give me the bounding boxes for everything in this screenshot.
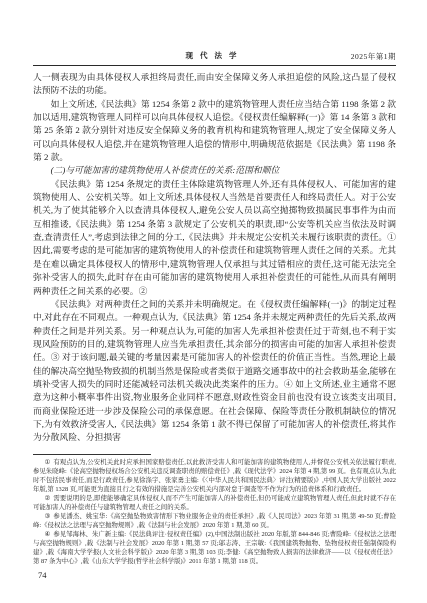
footnote-marker: ②	[45, 495, 51, 502]
footnote: ①有观点认为,公安机关此时应承担国家赔偿责任,以此救济受害人和可能加害的建筑物使…	[33, 458, 396, 494]
journal-page: 现代法学 2025年第1期 人一侧表现为由具体侵权人承担终局责任,而由安全保障义…	[0, 0, 427, 603]
footnote: ④参见邹海林、朱广新主编:《民法典评注·侵权责任编》(2),中国法制出版社 20…	[33, 530, 396, 566]
article-body: 人一侧表现为由具体侵权人承担终局责任,而由安全保障义务人承担追偿的风险,这凸显了…	[33, 71, 396, 445]
paragraph-continuation: 人一侧表现为由具体侵权人承担终局责任,而由安全保障义务人承担追偿的风险,这凸显了…	[33, 71, 396, 98]
paragraph: 如上文所述,《民法典》第 1254 条第 2 款中的建筑物管理人责任应当结合第 …	[33, 98, 396, 165]
footnote-marker: ③	[45, 513, 51, 520]
page-header: 现代法学 2025年第1期	[33, 50, 396, 63]
footnote-divider	[33, 454, 151, 455]
footnote-text: 有观点认为,公安机关此时应承担国家赔偿责任,以此救济受害人和可能加害的建筑物使用…	[33, 459, 396, 493]
footnote-text: 参见潘杰、姚宝华:《高空抛坠物致害情形下物业服务企业的责任承担》,载《人民司法》…	[33, 513, 396, 529]
page-number: 74	[38, 570, 396, 580]
footnote-area: ①有观点认为,公安机关此时应承担国家赔偿责任,以此救济受害人和可能加害的建筑物使…	[33, 454, 396, 566]
section-heading: (二)与可能加害的建筑物使用人补偿责任的关系:范围和顺位	[33, 164, 396, 177]
issue-label: 2025年第1期	[351, 51, 396, 62]
footnote-text: 需要说明的是,即使能够确定具体侵权人而不产生可能加害人的补偿责任,但仍可能成立建…	[33, 495, 396, 511]
paragraph: 《民法典》第 1254 条规定的责任主体除建筑物管理人外,还有具体侵权人、可能加…	[33, 178, 396, 298]
header-rule	[33, 65, 396, 66]
paragraph: 《民法典》对两种责任之间的关系并未明确规定。在《侵权责任编解释(一)》的制定过程…	[33, 298, 396, 445]
footnote-marker: ④	[45, 531, 51, 538]
page-content: 现代法学 2025年第1期 人一侧表现为由具体侵权人承担终局责任,而由安全保障义…	[33, 50, 396, 580]
footnote: ③参见潘杰、姚宝华:《高空抛坠物致害情形下物业服务企业的责任承担》,载《人民司法…	[33, 512, 396, 530]
footnote-text: 参见邹海林、朱广新主编:《民法典评注·侵权责任编》(2),中国法制出版社 202…	[33, 531, 396, 565]
footnote: ②需要说明的是,即使能够确定具体侵权人而不产生可能加害人的补偿责任,但仍可能成立…	[33, 494, 396, 512]
footnote-marker: ①	[45, 459, 51, 466]
journal-title: 现代法学	[33, 50, 396, 61]
